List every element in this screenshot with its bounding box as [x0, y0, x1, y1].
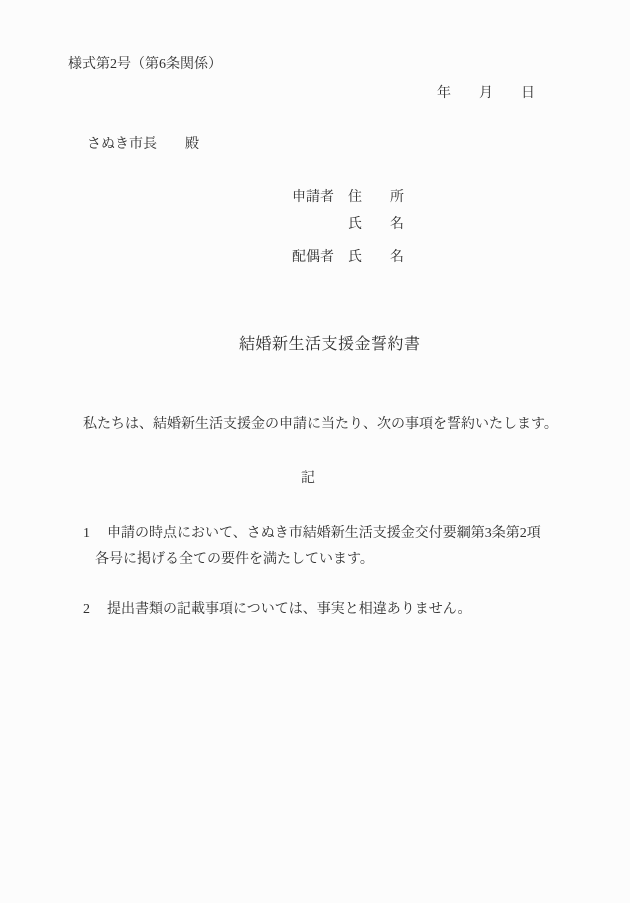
- document-title: 結婚新生活支援金誓約書: [239, 335, 421, 355]
- spouse-name-label: 配偶者 氏 名: [292, 249, 404, 267]
- pledge-document-page: 様式第2号（第6条関係） 年 月 日 さぬき市長 殿 申請者 住 所 氏 名 配…: [0, 0, 630, 903]
- item-1-line-1: 申請の時点において、さぬき市結婚新生活支援金交付要綱第3条第2項: [107, 525, 541, 543]
- pledge-statement: 私たちは、結婚新生活支援金の申請に当たり、次の事項を誓約いたします。: [83, 416, 558, 434]
- item-1-line-2: 各号に掲げる全ての要件を満たしています。: [95, 551, 374, 569]
- date-line: 年 月 日: [437, 85, 535, 103]
- record-heading: 記: [301, 470, 315, 488]
- item-1-number: 1: [83, 525, 90, 543]
- item-2-line-1: 提出書類の記載事項については、事実と相違ありません。: [107, 601, 472, 619]
- item-2-number: 2: [83, 601, 90, 619]
- form-number-label: 様式第2号（第6条関係）: [68, 56, 222, 74]
- addressee-line: さぬき市長 殿: [87, 136, 199, 154]
- applicant-address-label: 申請者 住 所: [292, 189, 404, 207]
- applicant-name-label: 氏 名: [292, 216, 404, 234]
